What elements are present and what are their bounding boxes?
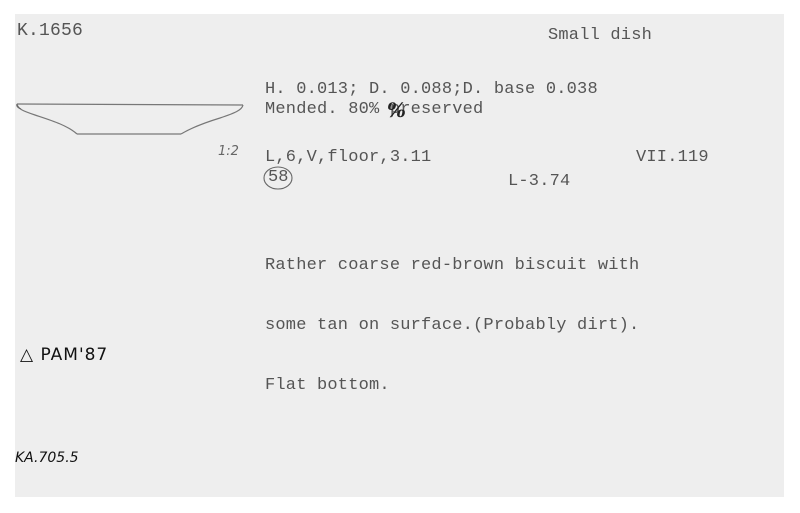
- object-name: Small dish: [548, 26, 652, 45]
- dimensions: H. 0.013; D. 0.088;D. base 0.038: [265, 80, 598, 99]
- catalog-card: K.1656 Small dish H. 0.013; D. 0.088;D. …: [15, 14, 784, 497]
- drawing-scale: 1:2: [218, 144, 239, 159]
- hand-drawn-circle-icon: [262, 164, 294, 192]
- catalog-number: K.1656: [17, 22, 83, 41]
- level: L-3.74: [508, 172, 570, 191]
- description: Rather coarse red-brown biscuit with som…: [265, 216, 639, 436]
- dish-profile-drawing: [15, 99, 245, 139]
- description-line: some tan on surface.(Probably dirt).: [265, 316, 639, 336]
- description-line: Rather coarse red-brown biscuit with: [265, 256, 639, 276]
- condition: Mended. 80% preserved: [265, 100, 483, 119]
- accession-code: KA.705.5: [15, 450, 79, 466]
- initials-note: △ PAM'87: [20, 345, 108, 365]
- handwritten-percent-mark: %: [387, 98, 406, 122]
- description-line: Flat bottom.: [265, 376, 639, 396]
- reference-number: VII.119: [636, 148, 709, 167]
- circled-number: 58: [262, 164, 294, 192]
